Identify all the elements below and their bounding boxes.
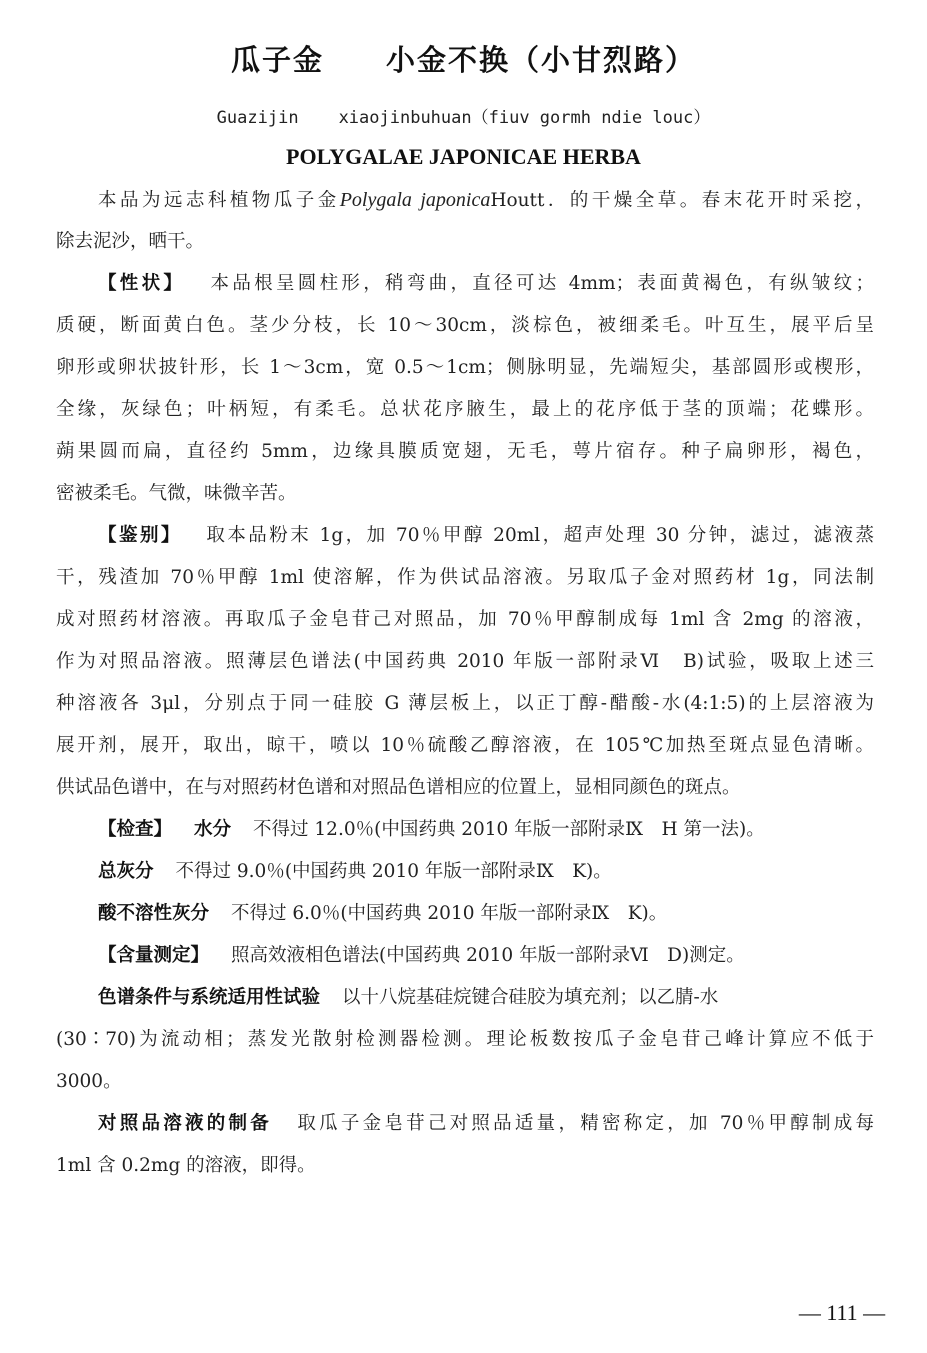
chromatography-conditions: 色谱条件与系统适用性试验以十八烷基硅烷键合硅胶为填充剂；以乙腈-水 [98,985,874,1011]
intro-text: Houtt．的干燥全草。春末花开时采挖， [490,190,874,211]
intro-text: 本品为远志科植物瓜子金 [98,190,340,211]
intro-line-2: 除去泥沙，晒干。 [56,229,874,255]
body-text: 不得过 6.0％(中国药典 2010 年版一部附录Ⅸ K)。 [231,903,667,924]
section-heading: 【检查】 [98,819,172,840]
body-line: 种溶液各 3μl，分别点于同一硅胶 G 薄层板上，以正丁醇-醋酸-水(4:1:5… [56,691,874,717]
subheading: 色谱条件与系统适用性试验 [98,987,320,1008]
body-text: 取瓜子金皂苷己对照品适量，精密称定，加 70％甲醇制成每 [294,1113,874,1134]
body-line: 展开剂，展开，取出，晾干，喷以 10％硫酸乙醇溶液，在 105℃加热至斑点显色清… [56,733,874,759]
section-heading: 【含量测定】 [98,945,209,966]
item-acid-insoluble-ash: 酸不溶性灰分不得过 6.0％(中国药典 2010 年版一部附录Ⅸ K)。 [98,901,874,927]
body-line: 3000。 [56,1069,874,1095]
body-text: 以十八烷基硅烷键合硅胶为填充剂；以乙腈-水 [342,987,718,1008]
section-jiancha: 【检查】水分不得过 12.0％(中国药典 2010 年版一部附录Ⅸ H 第一法)… [98,817,874,843]
section-jianbie: 【鉴别】取本品粉末 1g，加 70％甲醇 20ml，超声处理 30 分钟，滤过，… [98,523,874,549]
section-xingzhuang: 【性状】本品根呈圆柱形，稍弯曲，直径可达 4mm；表面黄褐色，有纵皱纹； [98,271,874,297]
body-line: 质硬，断面黄白色。茎少分枝，长 10～30cm，淡棕色，被细柔毛。叶互生，展平后… [56,313,874,339]
page-number: — 111 — [792,1300,892,1326]
body-line: 成对照药材溶液。再取瓜子金皂苷己对照品，加 70％甲醇制成每 1ml 含 2mg… [56,607,874,633]
pinyin-subtitle: Guazijinxiaojinbuhuan（fiuv gormh ndie lo… [0,103,927,128]
body-text: 照高效液相色谱法(中国药典 2010 年版一部附录Ⅵ D)测定。 [231,945,745,966]
subheading: 对照品溶液的制备 [98,1113,272,1134]
item-label-water: 水分 [194,819,231,840]
section-heading: 【鉴别】 [98,525,182,546]
document-page: 瓜子金小金不换（小甘烈路） Guazijinxiaojinbuhuan（fiuv… [0,0,927,1353]
body-line: 作为对照品溶液。照薄层色谱法(中国药典 2010 年版一部附录Ⅵ B)试验，吸取… [56,649,874,675]
body-line: 干，残渣加 70％甲醇 1ml 使溶解，作为供试品溶液。另取瓜子金对照药材 1g… [56,565,874,591]
latin-name: POLYGALAE JAPONICAE HERBA [0,144,927,170]
item-label-total-ash: 总灰分 [98,861,154,882]
body-line: 卵形或卵状披针形，长 1～3cm，宽 0.5～1cm；侧脉明显，先端短尖，基部圆… [56,355,874,381]
body-line: 密被柔毛。气微，味微辛苦。 [56,481,874,507]
body-line: 全缘，灰绿色；叶柄短，有柔毛。总状花序腋生，最上的花序低于茎的顶端；花蝶形。 [56,397,874,423]
body-text: 不得过 12.0％(中国药典 2010 年版一部附录Ⅸ H 第一法)。 [253,819,765,840]
body-text: 本品根呈圆柱形，稍弯曲，直径可达 4mm；表面黄褐色，有纵皱纹； [207,273,874,294]
pinyin-local: xiaojinbuhuan（fiuv gormh ndie louc） [339,108,711,128]
body-line: 1ml 含 0.2mg 的溶液，即得。 [56,1153,874,1179]
body-line: (30∶70)为流动相；蒸发光散射检测器检测。理论板数按瓜子金皂苷己峰计算应不低… [56,1027,874,1053]
title-main: 瓜子金 [231,43,324,77]
item-label-acid-ash: 酸不溶性灰分 [98,903,209,924]
page-title: 瓜子金小金不换（小甘烈路） [0,38,927,79]
reference-solution-prep: 对照品溶液的制备取瓜子金皂苷己对照品适量，精密称定，加 70％甲醇制成每 [98,1111,874,1137]
intro-line-1: 本品为远志科植物瓜子金Polygala japonicaHoutt．的干燥全草。… [98,187,874,214]
section-hanliang: 【含量测定】照高效液相色谱法(中国药典 2010 年版一部附录Ⅵ D)测定。 [98,943,874,969]
body-line: 供试品色谱中，在与对照药材色谱和对照品色谱相应的位置上，显相同颜色的斑点。 [56,775,874,801]
body-text: 取本品粉末 1g，加 70％甲醇 20ml，超声处理 30 分钟，滤过，滤液蒸 [204,525,874,546]
title-local-name: 小金不换（小甘烈路） [386,43,696,77]
section-heading: 【性状】 [98,273,185,294]
body-line: 蒴果圆而扁，直径约 5mm，边缘具膜质宽翅，无毛，萼片宿存。种子扁卵形，褐色， [56,439,874,465]
item-total-ash: 总灰分不得过 9.0％(中国药典 2010 年版一部附录Ⅸ K)。 [98,859,874,885]
pinyin-main: Guazijin [217,108,299,128]
body-text: 不得过 9.0％(中国药典 2010 年版一部附录Ⅸ K)。 [176,861,612,882]
species-name: Polygala japonica [340,189,491,211]
